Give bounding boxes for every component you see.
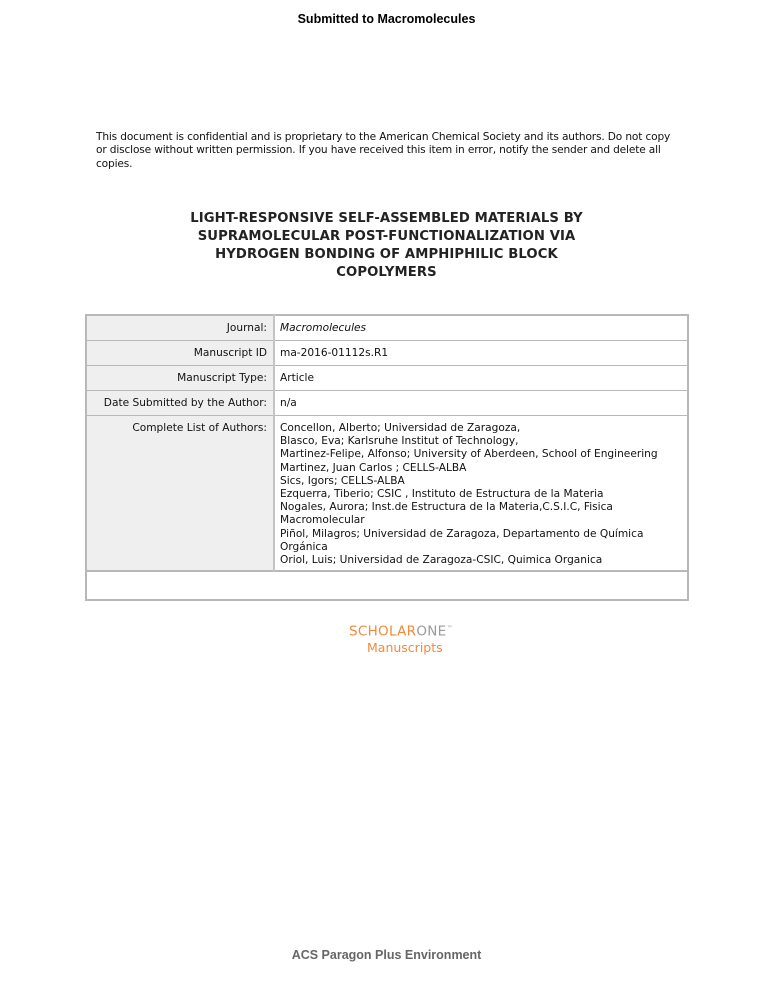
- authors-list: Concellon, Alberto; Universidad de Zarag…: [274, 416, 688, 572]
- scholarone-logo: SCHOLARONE™ Manuscripts: [349, 621, 469, 655]
- manuscript-metadata-table: Journal: Macromolecules Manuscript ID ma…: [85, 314, 689, 601]
- author-line: Ezquerra, Tiberio; CSIC , Instituto de E…: [280, 488, 682, 501]
- journal-label: Journal:: [86, 315, 274, 341]
- manuscript-id-label: Manuscript ID: [86, 341, 274, 366]
- logo-one: ONE: [416, 624, 446, 640]
- author-line: Blasco, Eva; Karlsruhe Institut of Techn…: [280, 435, 682, 448]
- logo-scholar: SCHOLAR: [349, 624, 416, 640]
- author-line: Orgánica: [280, 541, 682, 554]
- table-row-manuscript-id: Manuscript ID ma-2016-01112s.R1: [86, 341, 688, 366]
- table-row-manuscript-type: Manuscript Type: Article: [86, 366, 688, 391]
- author-line: Piñol, Milagros; Universidad de Zaragoza…: [280, 528, 682, 541]
- title-line: HYDROGEN BONDING OF AMPHIPHILIC BLOCK: [150, 246, 623, 264]
- manuscript-type-value: Article: [274, 366, 688, 391]
- trademark-icon: ™: [446, 625, 452, 632]
- author-line: Nogales, Aurora; Inst.de Estructura de l…: [280, 501, 682, 514]
- confidentiality-notice: This document is confidential and is pro…: [96, 131, 676, 171]
- page-footer: ACS Paragon Plus Environment: [0, 948, 773, 962]
- manuscript-id-value: ma-2016-01112s.R1: [274, 341, 688, 366]
- manuscript-title: LIGHT-RESPONSIVE SELF-ASSEMBLED MATERIAL…: [150, 210, 623, 282]
- title-line: LIGHT-RESPONSIVE SELF-ASSEMBLED MATERIAL…: [150, 210, 623, 228]
- logo-wordmark: SCHOLARONE™: [349, 621, 469, 640]
- author-line: Concellon, Alberto; Universidad de Zarag…: [280, 422, 682, 435]
- author-line: Martinez-Felipe, Alfonso; University of …: [280, 448, 682, 461]
- author-line: Oriol, Luis; Universidad de Zaragoza-CSI…: [280, 554, 682, 567]
- table-row-date-submitted: Date Submitted by the Author: n/a: [86, 391, 688, 416]
- table-row-authors: Complete List of Authors: Concellon, Alb…: [86, 416, 688, 572]
- empty-cell: [86, 571, 688, 600]
- author-line: Martinez, Juan Carlos ; CELLS-ALBA: [280, 462, 682, 475]
- date-submitted-value: n/a: [274, 391, 688, 416]
- author-line: Macromolecular: [280, 514, 682, 527]
- author-line: Sics, Igors; CELLS-ALBA: [280, 475, 682, 488]
- table-row-journal: Journal: Macromolecules: [86, 315, 688, 341]
- title-line: SUPRAMOLECULAR POST-FUNCTIONALIZATION VI…: [150, 228, 623, 246]
- table-row-empty: [86, 571, 688, 600]
- manuscript-type-label: Manuscript Type:: [86, 366, 274, 391]
- date-submitted-label: Date Submitted by the Author:: [86, 391, 274, 416]
- journal-value: Macromolecules: [274, 315, 688, 341]
- page-header: Submitted to Macromolecules: [0, 12, 773, 26]
- logo-manuscripts: Manuscripts: [349, 640, 469, 655]
- title-line: COPOLYMERS: [150, 264, 623, 282]
- authors-label: Complete List of Authors:: [86, 416, 274, 572]
